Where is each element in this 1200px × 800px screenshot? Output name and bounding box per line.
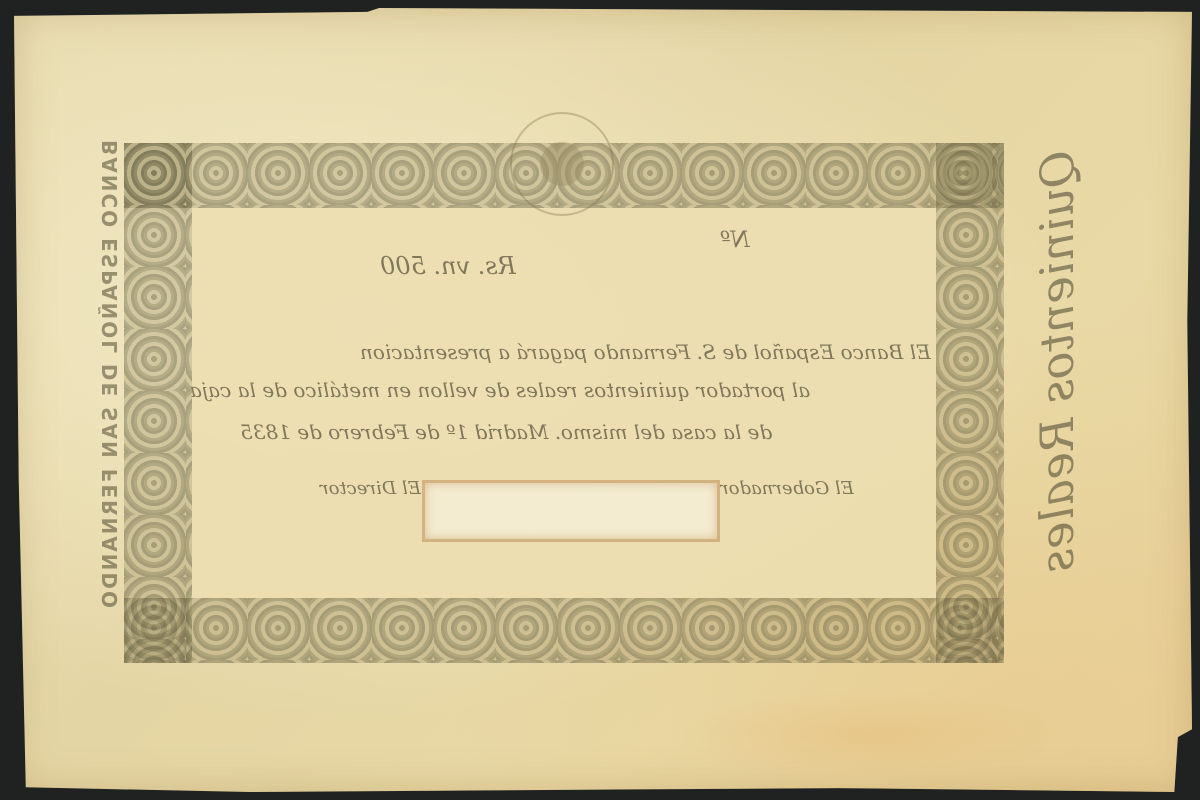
bank-name-vertical: BANCO ESPAÑOL DE SAN FERNANDO — [98, 140, 122, 680]
signature-director: El Director — [320, 478, 421, 499]
amount: Rs. vn. 500 — [380, 252, 516, 280]
medallion-emblem — [510, 112, 614, 216]
denomination-script: Quinientos Reales — [1030, 150, 1084, 670]
serial-number: Nº — [720, 228, 750, 253]
frame-border-left — [124, 143, 192, 663]
frame-border-bottom — [124, 598, 1004, 663]
promise-line-2: al portador quinientos reales de vellon … — [190, 378, 810, 402]
signature-governor: El Gobernador — [720, 478, 854, 499]
paper-stain — [680, 690, 1060, 780]
promise-line-1: El Banco Español de S. Fernando pagará a… — [360, 340, 931, 364]
ornamental-frame — [124, 143, 1004, 663]
frame-border-right — [936, 143, 1004, 663]
promise-line-3: de la casa del mismo. Madrid 1º de Febre… — [240, 420, 772, 444]
paper-repair-patch — [422, 480, 720, 542]
